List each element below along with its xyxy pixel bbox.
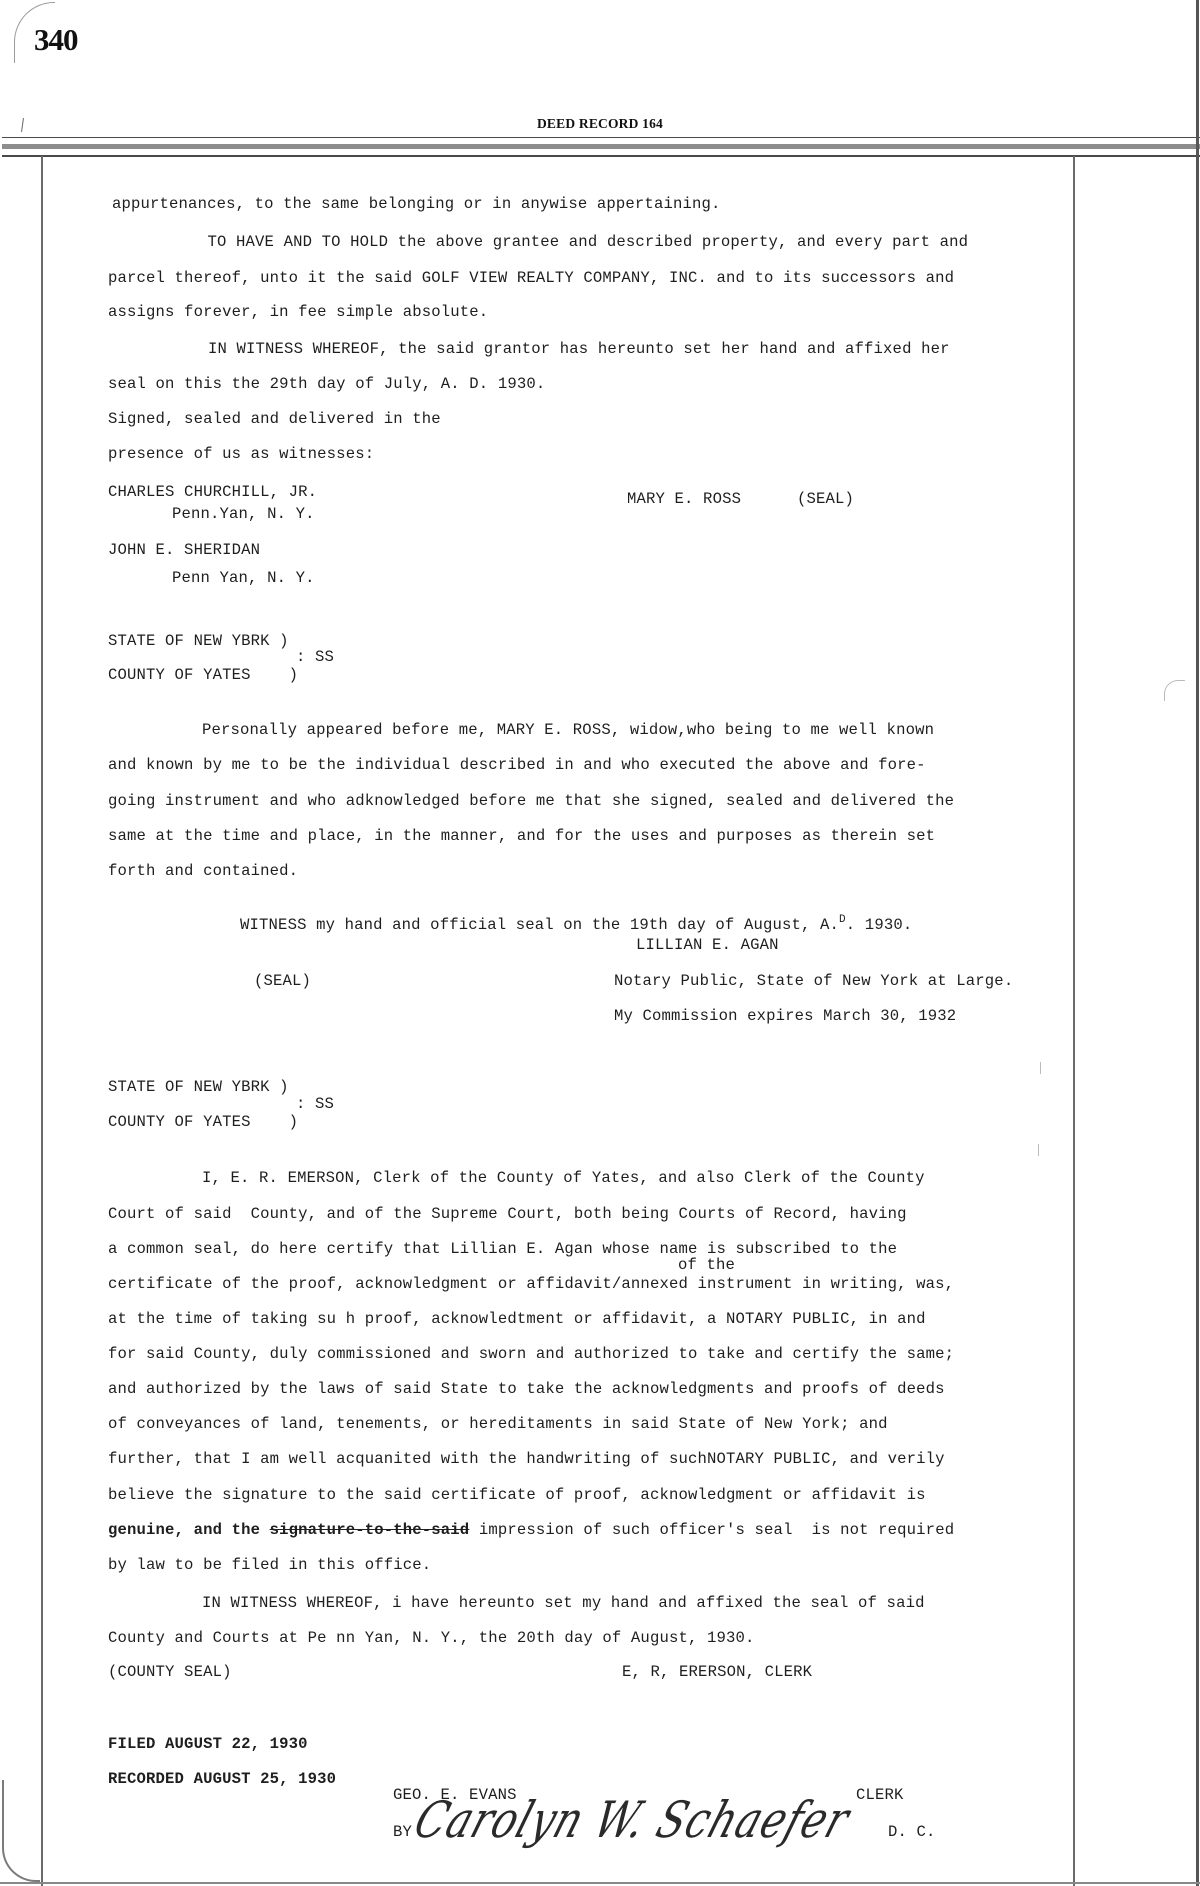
habendum-line-2: parcel thereof, unto it the said GOLF VI… [108,269,954,287]
margin-arc-mark [1164,680,1185,701]
page-right-edge [1196,0,1199,1886]
by-label: BY [393,1823,412,1841]
certificate-line-13: IN WITNESS WHEREOF, i have hereunto set … [202,1594,925,1612]
certificate-line-9: further, that I am well acquanited with … [108,1450,945,1468]
certificate-line-8: of conveyances of land, tenements, or he… [108,1415,888,1433]
witness-line-suffix: . 1930. [846,916,913,934]
acknowledgment-line-4: same at the time and place, in the manne… [108,827,935,845]
recording-clerk-label: CLERK [856,1786,904,1804]
habendum-line-1: TO HAVE AND TO HOLD the above grantee an… [198,233,968,251]
grantor-seal: (SEAL) [797,490,854,508]
acknowledgment-line-5: forth and contained. [108,862,298,880]
page-corner-curve-bottom [2,1780,40,1882]
struck-text: signature-to-the-said [270,1521,470,1539]
margin-mark [1038,1144,1039,1156]
witness-name: JOHN E. SHERIDAN [108,541,260,559]
acknowledgment-line-2: and known by me to be the individual des… [108,756,926,774]
certificate-line-1: I, E. R. EMERSON, Clerk of the County of… [202,1169,925,1187]
header-rule-thick [2,144,1200,149]
testimonium-line-3: Signed, sealed and delivered in the [108,410,441,428]
clerk-signature: E, R, ERERSON, CLERK [622,1663,812,1681]
record-header: DEED RECORD 164 [0,116,1200,132]
grantor-signature-name: MARY E. ROSS [627,490,741,508]
filed-date: FILED AUGUST 22, 1930 [108,1735,308,1753]
testimonium-line-4: presence of us as witnesses: [108,445,374,463]
venue-ss: : SS [296,1095,334,1113]
right-margin-line [1073,156,1075,1886]
acknowledgment-witness-line: WITNESS my hand and official seal on the… [202,898,912,954]
witness-place: Penn.Yan, N. Y. [172,505,315,523]
acknowledgment-line-3: going instrument and who adknowledged be… [108,792,954,810]
witness-line-prefix: WITNESS my hand and official seal on the… [240,916,839,934]
venue-county: COUNTY OF YATES ) [108,1113,298,1131]
certificate-line-11: genuine, and the signature-to-the-said i… [108,1521,954,1539]
notary-name: LILLIAN E. AGAN [636,936,779,954]
notary-commission: My Commission expires March 30, 1932 [614,1007,956,1025]
certificate-line-3: a common seal, do here certify that Lill… [108,1240,897,1258]
testimonium-line-2: seal on this the 29th day of July, A. D.… [108,375,545,393]
habendum-line-3: assigns forever, in fee simple absolute. [108,303,488,321]
deputy-handwritten-signature: Carolyn W. Schaefer [407,1792,856,1850]
page-bottom-edge [0,1882,1200,1884]
habendum-line-0: appurtenances, to the same belonging or … [112,195,721,213]
venue-state: STATE OF NEW YBRK ) [108,1078,289,1096]
venue-state: STATE OF NEW YBRK ) [108,632,289,650]
deputy-clerk-label: D. C. [888,1823,936,1841]
certificate-interlineation: of the [678,1256,735,1274]
witness-name: CHARLES CHURCHILL, JR. [108,483,317,501]
margin-mark [1040,1062,1041,1074]
witness-line-superscript: D [839,914,846,926]
recorded-date: RECORDED AUGUST 25, 1930 [108,1770,336,1788]
header-rule-thin-top [2,137,1200,138]
acknowledgment-line-1: Personally appeared before me, MARY E. R… [202,721,934,739]
left-margin-line [41,156,43,1886]
testimonium-line-1: IN WITNESS WHEREOF, the said grantor has… [208,340,950,358]
notary-title: Notary Public, State of New York at Larg… [614,972,1013,990]
header-rule-thin-bottom [2,155,1200,157]
certificate-line-6: for said County, duly commissioned and s… [108,1345,954,1363]
certificate-line-4: certificate of the proof, acknowledgment… [108,1275,954,1293]
certificate-line-11-start: genuine, and the [108,1521,270,1539]
venue-ss: : SS [296,648,334,666]
certificate-line-2: Court of said County, and of the Supreme… [108,1205,907,1223]
notary-seal: (SEAL) [254,972,311,990]
certificate-line-12: by law to be filed in this office. [108,1556,431,1574]
witness-place: Penn Yan, N. Y. [172,569,315,587]
certificate-line-11-end: impression of such officer's seal is not… [469,1521,954,1539]
certificate-line-10: believe the signature to the said certif… [108,1486,926,1504]
county-seal-label: (COUNTY SEAL) [108,1663,232,1681]
certificate-line-5: at the time of taking su h proof, acknow… [108,1310,926,1328]
page-number: 340 [34,22,78,58]
certificate-line-14: County and Courts at Pe nn Yan, N. Y., t… [108,1629,755,1647]
venue-county: COUNTY OF YATES ) [108,666,298,684]
certificate-line-7: and authorized by the laws of said State… [108,1380,945,1398]
